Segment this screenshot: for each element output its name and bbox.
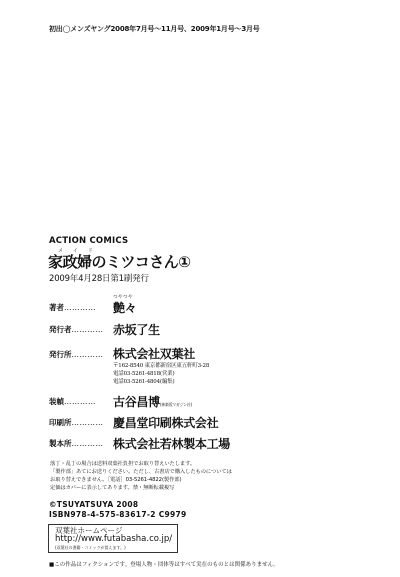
notice-line-1: 落丁・乱丁の場合は送料双葉社負担でお取り替えいたします。 [50,459,195,467]
credit-label-publisher: 発行者………… [49,324,104,335]
notice-line-3: お取り替えできません。［電話］03-5261-4822(製作部) [50,475,181,483]
credit-label-binder: 製本所………… [49,438,104,449]
publisher-phone-sales: 電話03-5261-4818(営業) [113,369,174,377]
credit-value-binder: 株式会社若林製本工場 [113,435,230,452]
credit-value-design: 古谷昌博(神楽坂マガジン社) [113,393,192,410]
first-publication-info: 初出◯メンズヤング2008年7月号〜11月号、2009年1月号〜3月号 [49,24,260,34]
credit-value-publishing-house: 株式会社双葉社 [113,345,195,362]
credit-label-design: 装幀………… [49,396,96,407]
publisher-address: 〒162-8540 東京都新宿区東五軒町3-28 [113,361,209,369]
notice-line-2: 「製作部」あてにお送りください。ただし、古書店で購入したものについては [50,467,232,475]
credit-value-publisher: 赤坂了生 [113,321,160,338]
website-url-link[interactable]: http://www.futabasha.co.jp/ [55,534,172,544]
fiction-disclaimer: ■この作品はフィクションです。登場人物・団体等はすべて実在のものとは関係ありませ… [49,560,279,568]
series-label: ACTION COMICS [49,236,128,246]
book-title: 家政婦のミツコさん① [48,251,190,272]
credit-label-publishing-house: 発行所………… [49,349,104,360]
credit-label-printer: 印刷所………… [49,417,104,428]
isbn: ISBN978-4-575-83617-2 C9979 [49,510,187,519]
credit-value-printer: 慶昌堂印刷株式会社 [113,414,218,431]
publisher-phone-editorial: 電話03-5261-4804(編集) [113,377,174,385]
publish-date: 2009年4月28日第1刷発行 [49,272,149,284]
website-note: (双葉社の書籍・コミックが買えます。) [55,545,126,551]
notice-line-4: 定価はカバーに表示してあります。禁・無断転載複写 [50,483,174,491]
design-note: (神楽坂マガジン社) [160,402,192,407]
credit-value-author: 艶々 [113,299,136,316]
credit-label-author: 著者………… [49,302,96,313]
copyright: ©TSUYATSUYA 2008 [49,500,138,509]
